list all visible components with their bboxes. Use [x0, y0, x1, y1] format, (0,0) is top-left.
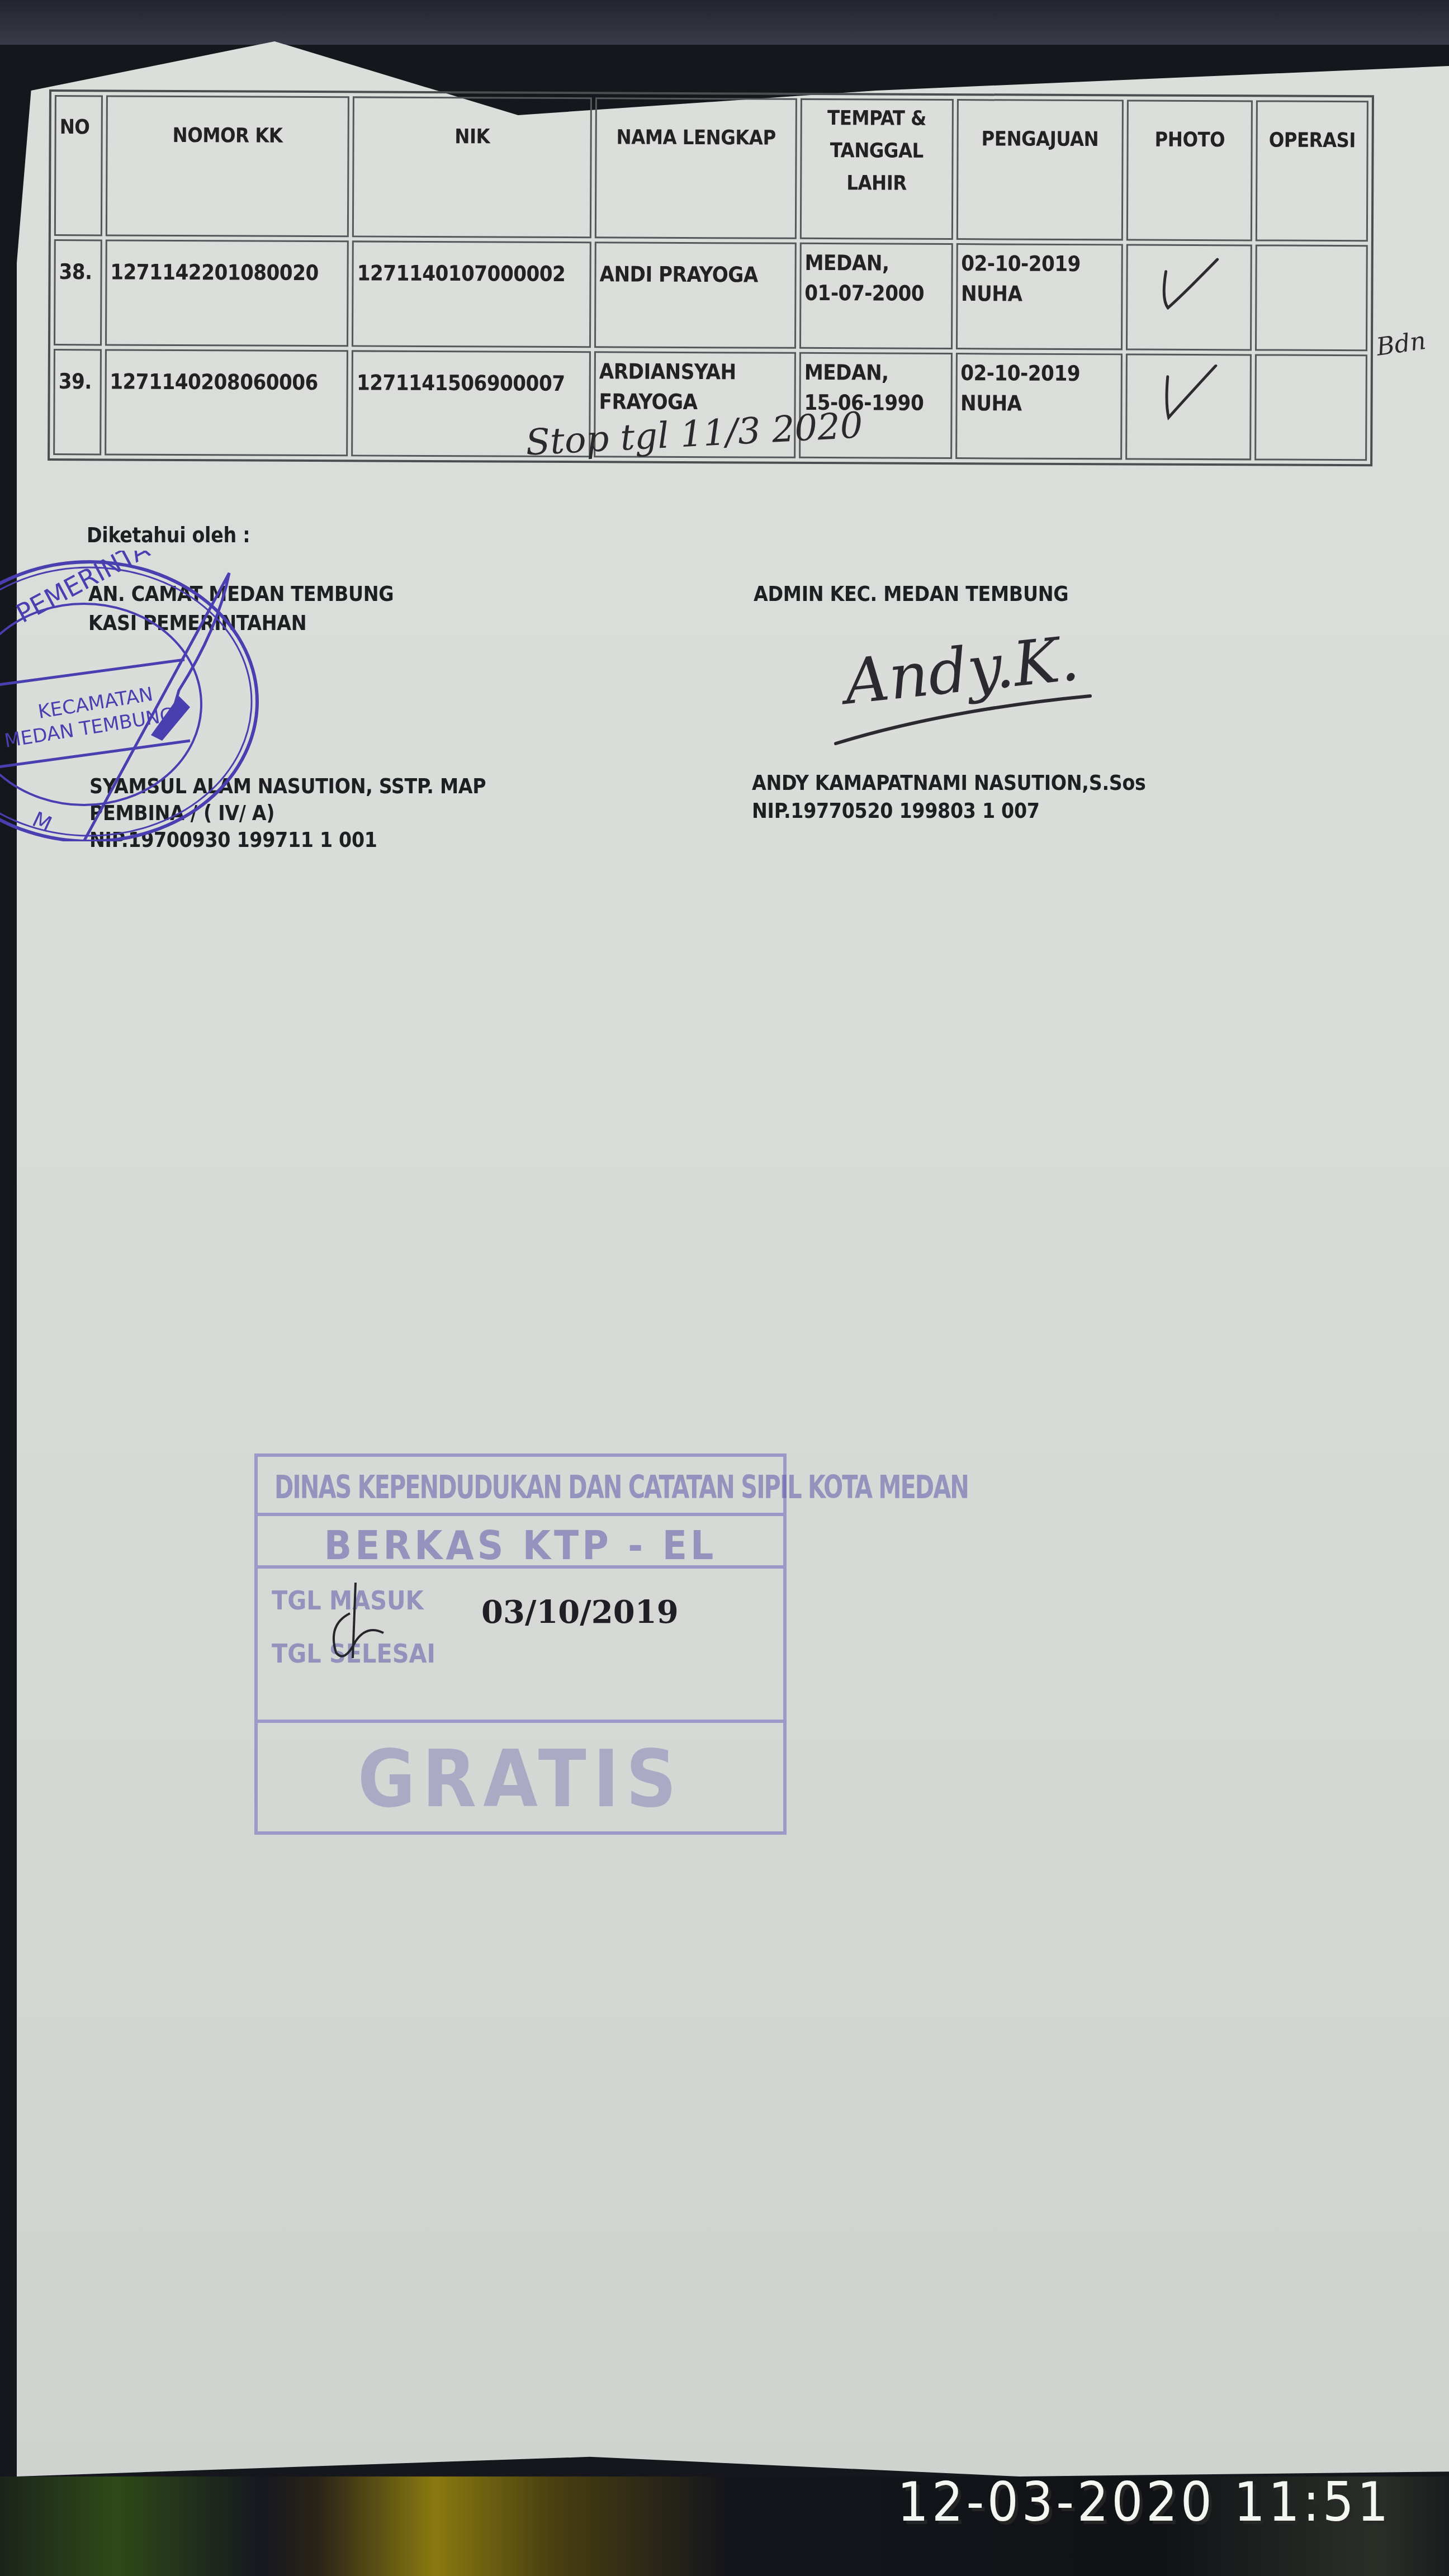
applicant-table-container: NO NOMOR KK NIK NAMA LENGKAP TEMPAT & TA… [49, 89, 1374, 461]
cell-nama-lengkap: ANDI PRAYOGA [594, 241, 797, 349]
cell-pengajuan: 02-10-2019 NUHA [956, 243, 1123, 350]
right-signatory-nip: NIP.19770520 199803 1 007 [752, 798, 1040, 824]
header-nama-lengkap: NAMA LENGKAP [595, 97, 797, 239]
cell-photo [1125, 353, 1252, 460]
nama-line-1: ARDIANSYAH [599, 356, 791, 387]
signature-underline [833, 688, 1096, 749]
cell-operasi [1255, 354, 1367, 461]
header-pengajuan: PENGAJUAN [956, 99, 1124, 240]
cell-no: 38. [54, 239, 102, 345]
background-top-shadow [0, 0, 1449, 45]
cell-photo [1126, 244, 1252, 351]
pengajuan-date: 02-10-2019 [960, 358, 1117, 389]
stamp-header-row: DINAS KEPENDUDUKAN DAN CATATAN SIPIL KOT… [258, 1457, 783, 1516]
cell-nomor-kk: 1271140208060006 [105, 349, 348, 456]
cell-nomor-kk: 1271142201080020 [105, 239, 349, 347]
stamp-title-text: BERKAS KTP - EL [258, 1522, 783, 1569]
pengajuan-by: NUHA [961, 278, 1118, 309]
table-header-row: NO NOMOR KK NIK NAMA LENGKAP TEMPAT & TA… [54, 95, 1368, 241]
cell-tempat-tanggal-lahir: MEDAN, 01-07-2000 [799, 243, 953, 349]
photo-timestamp: 12-03-2020 11:51 [897, 2471, 1391, 2534]
pengajuan-date: 02-10-2019 [961, 248, 1118, 279]
stamp-header-text: DINAS KEPENDUDUKAN DAN CATATAN SIPIL KOT… [274, 1468, 968, 1506]
cell-pengajuan: 02-10-2019 NUHA [955, 353, 1123, 460]
stamp-initials-signature [322, 1580, 389, 1669]
stamp-footer-row: GRATIS [258, 1723, 783, 1824]
cell-nik: 1271140107000002 [352, 240, 591, 348]
stamp-footer-text: GRATIS [258, 1734, 783, 1825]
stamp-handwritten-date: 03/10/2019 [481, 1594, 679, 1631]
left-title-line-1: AN. CAMAT MEDAN TEMBUNG [88, 581, 394, 607]
checkmark-icon [1156, 255, 1223, 317]
header-nomor-kk: NOMOR KK [105, 95, 349, 237]
known-by-label: Diketahui oleh : [87, 523, 250, 548]
applicant-table: NO NOMOR KK NIK NAMA LENGKAP TEMPAT & TA… [48, 89, 1374, 466]
rect-ktp-stamp: DINAS KEPENDUDUKAN DAN CATATAN SIPIL KOT… [254, 1453, 787, 1835]
table-row: 38. 1271142201080020 1271140107000002 AN… [54, 239, 1368, 351]
stamp-title-row: BERKAS KTP - EL [258, 1516, 783, 1569]
left-signatory-name: SYAMSUL ALAM NASUTION, SSTP. MAP [89, 774, 486, 799]
checkmark-icon [1155, 364, 1222, 427]
right-title: ADMIN KEC. MEDAN TEMBUNG [754, 581, 1068, 607]
header-no: NO [54, 95, 103, 236]
left-title-line-2: KASI PEMERINTAHAN [88, 610, 306, 636]
ttl-place: MEDAN, [804, 357, 948, 388]
pengajuan-by: NUHA [960, 388, 1117, 419]
header-nik: NIK [352, 96, 592, 238]
header-photo: PHOTO [1126, 100, 1253, 241]
stamp-date-row: TGL MASUK TGL SELESAI 03/10/2019 [258, 1569, 783, 1723]
ttl-place: MEDAN, [805, 248, 948, 278]
header-operasi: OPERASI [1256, 100, 1368, 241]
right-signatory-name: ANDY KAMAPATNAMI NASUTION,S.Sos [752, 770, 1146, 796]
left-signatory-nip: NIP.19700930 199711 1 001 [89, 827, 377, 853]
cell-operasi [1255, 244, 1367, 351]
left-signatory-rank: PEMBINA / ( IV/ A) [89, 801, 274, 826]
header-tempat-tanggal-lahir: TEMPAT & TANGGAL LAHIR [800, 98, 954, 240]
cell-no: 39. [53, 349, 101, 455]
ttl-date: 01-07-2000 [804, 278, 948, 309]
